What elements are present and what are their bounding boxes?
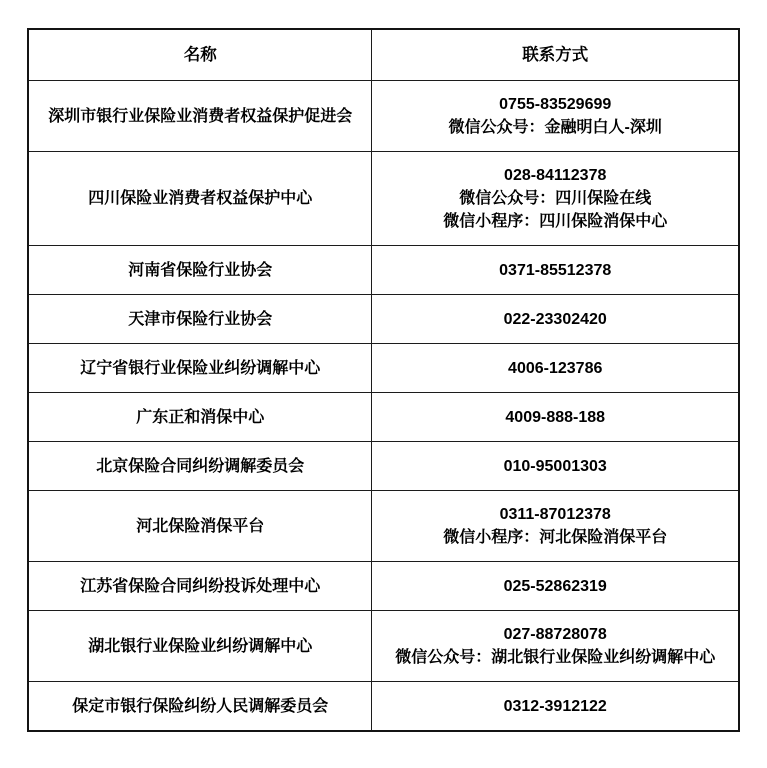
contact-line: 0312-3912122 <box>504 695 607 718</box>
table-row: 河北保险消保平台0311-87012378微信小程序：河北保险消保平台 <box>29 490 738 561</box>
contact-line: 微信公众号：四川保险在线 <box>459 187 651 210</box>
table-row: 深圳市银行业保险业消费者权益保护促进会0755-83529699微信公众号：金融… <box>29 80 738 151</box>
contact-line: 025-52862319 <box>504 575 607 598</box>
contact-cell: 0371-85512378 <box>371 246 738 294</box>
org-name-cell: 广东正和消保中心 <box>29 393 371 441</box>
org-name-cell: 四川保险业消费者权益保护中心 <box>29 152 371 245</box>
contact-line: 027-88728078 <box>504 623 607 646</box>
contact-line: 微信小程序：四川保险消保中心 <box>443 210 667 233</box>
org-name-cell: 河北保险消保平台 <box>29 491 371 561</box>
contact-cell: 022-23302420 <box>371 295 738 343</box>
contact-line: 微信公众号：金融明白人-深圳 <box>449 116 662 139</box>
contact-line: 028-84112378 <box>504 164 606 187</box>
contact-line: 0311-87012378 <box>500 503 611 526</box>
org-name-cell: 天津市保险行业协会 <box>29 295 371 343</box>
table-body: 深圳市银行业保险业消费者权益保护促进会0755-83529699微信公众号：金融… <box>29 80 738 730</box>
table-row: 河南省保险行业协会0371-85512378 <box>29 245 738 294</box>
contact-line: 010-95001303 <box>504 455 607 478</box>
org-name-cell: 辽宁省银行业保险业纠纷调解中心 <box>29 344 371 392</box>
contact-table: 名称 联系方式 深圳市银行业保险业消费者权益保护促进会0755-83529699… <box>27 28 740 732</box>
table-row: 四川保险业消费者权益保护中心028-84112378微信公众号：四川保险在线微信… <box>29 151 738 245</box>
contact-cell: 010-95001303 <box>371 442 738 490</box>
table-row: 保定市银行保险纠纷人民调解委员会0312-3912122 <box>29 681 738 730</box>
contact-line: 4006-123786 <box>508 357 602 380</box>
contact-cell: 027-88728078微信公众号：湖北银行业保险业纠纷调解中心 <box>371 611 738 681</box>
header-contact-column: 联系方式 <box>371 30 738 80</box>
table-row: 辽宁省银行业保险业纠纷调解中心4006-123786 <box>29 343 738 392</box>
org-name-cell: 保定市银行保险纠纷人民调解委员会 <box>29 682 371 730</box>
contact-line: 微信小程序：河北保险消保平台 <box>443 526 667 549</box>
contact-cell: 0312-3912122 <box>371 682 738 730</box>
contact-line: 0755-83529699 <box>499 93 611 116</box>
table-row: 北京保险合同纠纷调解委员会010-95001303 <box>29 441 738 490</box>
table-header-row: 名称 联系方式 <box>29 30 738 80</box>
org-name-cell: 河南省保险行业协会 <box>29 246 371 294</box>
contact-cell: 0755-83529699微信公众号：金融明白人-深圳 <box>371 81 738 151</box>
table-row: 江苏省保险合同纠纷投诉处理中心025-52862319 <box>29 561 738 610</box>
contact-line: 0371-85512378 <box>499 259 611 282</box>
table-row: 广东正和消保中心4009-888-188 <box>29 392 738 441</box>
contact-cell: 4009-888-188 <box>371 393 738 441</box>
contact-cell: 025-52862319 <box>371 562 738 610</box>
contact-line: 4009-888-188 <box>505 406 605 429</box>
table-row: 天津市保险行业协会022-23302420 <box>29 294 738 343</box>
contact-cell: 4006-123786 <box>371 344 738 392</box>
org-name-cell: 江苏省保险合同纠纷投诉处理中心 <box>29 562 371 610</box>
org-name-cell: 湖北银行业保险业纠纷调解中心 <box>29 611 371 681</box>
org-name-cell: 北京保险合同纠纷调解委员会 <box>29 442 371 490</box>
contact-cell: 0311-87012378微信小程序：河北保险消保平台 <box>371 491 738 561</box>
contact-line: 022-23302420 <box>504 308 607 331</box>
contact-cell: 028-84112378微信公众号：四川保险在线微信小程序：四川保险消保中心 <box>371 152 738 245</box>
org-name-cell: 深圳市银行业保险业消费者权益保护促进会 <box>29 81 371 151</box>
header-name-column: 名称 <box>29 30 371 80</box>
table-row: 湖北银行业保险业纠纷调解中心027-88728078微信公众号：湖北银行业保险业… <box>29 610 738 681</box>
contact-line: 微信公众号：湖北银行业保险业纠纷调解中心 <box>395 646 715 669</box>
